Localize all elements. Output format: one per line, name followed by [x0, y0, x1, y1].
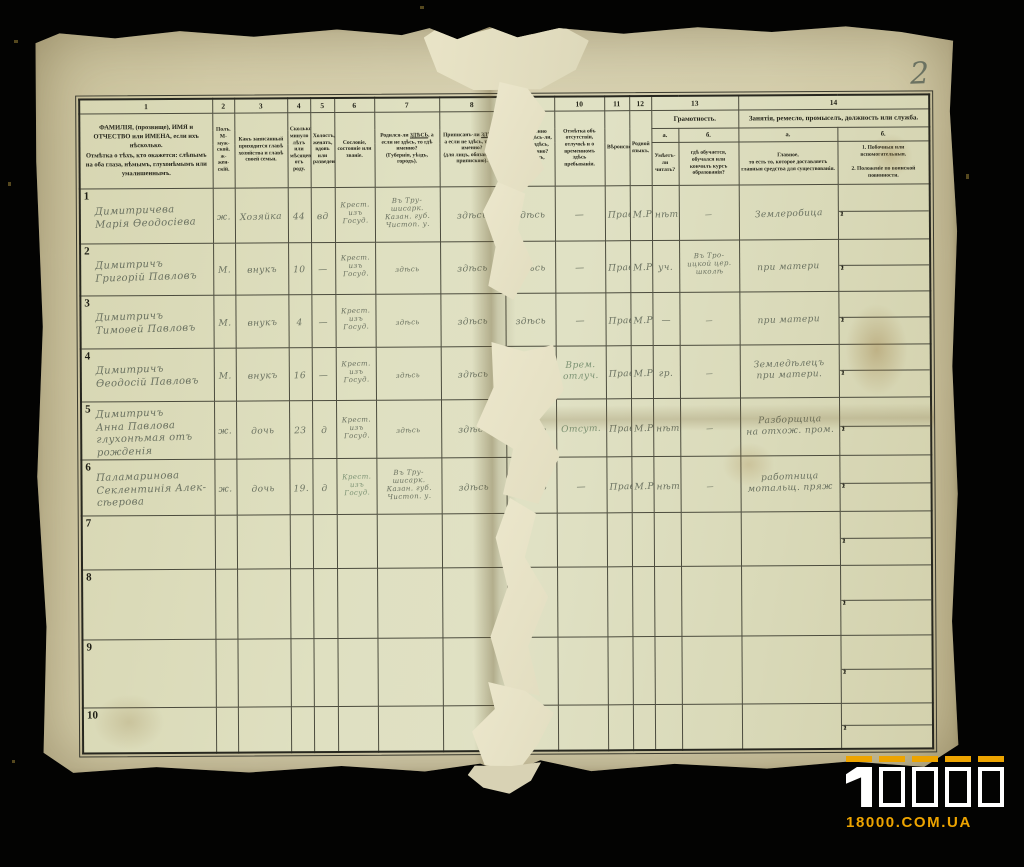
cell-relation: дочь	[236, 459, 289, 515]
header-literacy-a: Умѣетъ-ли читать?	[651, 142, 678, 185]
cell-language: М.Р.	[630, 292, 652, 345]
cell-name: 8	[82, 569, 215, 640]
cell-lives	[507, 567, 557, 637]
header-occupation-a-label: а.	[738, 127, 837, 142]
cell-absence: —	[555, 185, 605, 240]
cell-side-occupation: 12	[838, 183, 930, 239]
side-occupation-subcell: 2	[841, 668, 932, 670]
cell-registered: здѣсь	[440, 241, 505, 293]
row-number: 7	[86, 517, 92, 529]
cell-name: 7	[82, 515, 215, 570]
table-row: 2Димитричъ Григорій ПавловъМ.внукъ10—Кре…	[80, 238, 930, 295]
table-row: 3Димитричъ Тимоѳей ПавловъМ.внукъ4—Крест…	[80, 290, 930, 348]
cell-occ	[741, 511, 840, 566]
side-occupation-subcell: 2	[839, 264, 930, 266]
row-number: 5	[85, 403, 91, 415]
cell-estate: Крест. изъ Госуд.	[335, 187, 375, 242]
row-number: 10	[87, 709, 98, 721]
col-number: 11	[604, 96, 629, 110]
handwritten-entry: при матери	[758, 314, 821, 327]
handwritten-entry: здѣсь	[458, 425, 489, 437]
cell-born: здѣсь	[375, 293, 440, 346]
header-sex: Полъ. М-муж-ской. ж-жен-скій.	[212, 113, 234, 188]
header-literacy-b-label: б.	[678, 128, 738, 142]
cell-religion: Прав.	[605, 240, 630, 292]
handwritten-entry: —	[576, 316, 586, 328]
cell-lit_a: уч.	[652, 240, 679, 292]
handwritten-entry: ж.	[217, 212, 231, 224]
dust-speck	[8, 182, 11, 186]
handwritten-entry: М.Р.	[633, 263, 653, 275]
cell-marital	[314, 706, 338, 751]
watermark-digit-glyph	[978, 767, 1004, 807]
handwritten-entry: 10	[293, 265, 306, 277]
cell-religion: Прав.	[606, 398, 631, 457]
side-occupation-subcell: 2	[839, 316, 930, 318]
cell-language	[632, 567, 654, 637]
handwritten-entry: нѣтъ	[654, 209, 679, 221]
header-occupation-group: Занятія, ремесло, промыселъ, должность и…	[738, 108, 929, 127]
cell-born	[378, 706, 443, 751]
dust-speck	[12, 760, 15, 763]
cell-relation: внукъ	[236, 347, 289, 400]
cell-estate: Крест. изъ Госуд.	[336, 347, 376, 400]
cell-occ	[742, 703, 841, 749]
side-occupation-subcell: 2	[841, 599, 932, 601]
handwritten-entry: —	[318, 265, 328, 277]
cell-language	[633, 705, 655, 750]
handwritten-entry: Крест. изъ Госуд.	[338, 415, 374, 440]
handwritten-entry: М.	[218, 318, 231, 330]
handwritten-entry: —	[706, 316, 714, 324]
handwritten-entry: вд	[317, 211, 329, 223]
handwritten-entry: Прав.	[608, 263, 631, 275]
watermark-digit	[945, 756, 971, 807]
handwritten-entry: 23	[294, 426, 307, 438]
cell-estate: Крест. изъ Госуд.	[336, 400, 376, 459]
header-registration: Приписанъ-ли ЗДѢСЬ, а если не здѣсь, то …	[439, 111, 504, 186]
cell-side-occupation: 12	[839, 396, 931, 455]
cell-occ: при матери	[739, 239, 838, 292]
cell-sex: ж.	[214, 401, 236, 460]
cell-sex: ж.	[214, 459, 236, 515]
header-occupation-side: 1. Побочныя или вспомогательныя. 2. Поло…	[837, 140, 929, 184]
subcell-number: 2	[841, 265, 844, 271]
cell-absence: Врем. отлуч.	[556, 345, 606, 398]
handwritten-entry: здѣсь	[515, 369, 546, 381]
scan-background: 2 1 2 3 4 5 6 7 8 9 10	[0, 0, 1024, 867]
table-row: 6Паламаринова Секлентинія Алек- сѣероваж…	[81, 455, 931, 516]
cell-lit_b: —	[680, 398, 740, 457]
handwritten-entry: —	[707, 482, 715, 490]
cell-religion: Прав.	[606, 457, 631, 513]
header-absence: Отмѣтка объ отсутствіи, отлучкѣ и о врем…	[554, 110, 604, 185]
row-number: 8	[86, 571, 92, 583]
handwritten-entry: 44	[293, 211, 306, 223]
table-row: 712	[82, 511, 932, 570]
cell-religion: Прав.	[606, 345, 631, 398]
cell-absence	[557, 567, 607, 637]
cell-sex	[215, 639, 237, 707]
row-number: 3	[84, 297, 90, 309]
cell-language: М.Р.	[630, 240, 652, 292]
table-row: 912	[82, 635, 932, 708]
handwritten-entry: Прав.	[608, 315, 631, 327]
cell-born	[377, 568, 442, 638]
handwritten-entry: уч.	[658, 263, 673, 275]
watermark-digit	[912, 756, 938, 807]
cell-estate: Крест. изъ Госуд.	[336, 458, 376, 514]
subcell-number: 2	[840, 212, 843, 218]
cell-lives	[507, 637, 557, 705]
watermark-digit-glyph	[912, 767, 938, 807]
header-birthplace: Родился-ли ЗДѢСЬ, а если не здѣсь, то гд…	[374, 111, 439, 186]
cell-religion	[607, 513, 632, 567]
side-occupation-subcell: 2	[841, 725, 932, 727]
handwritten-entry: Крест. изъ Госуд.	[337, 254, 373, 279]
handwritten-entry: Крест. изъ Госуд.	[338, 306, 374, 331]
handwritten-entry: Прав.	[609, 424, 632, 436]
cell-side-occupation: 12	[838, 238, 930, 291]
cell-marital: —	[311, 294, 335, 347]
side-occupation-subcell: 2	[838, 210, 929, 212]
watermark-digit	[978, 756, 1004, 807]
cell-lit_b	[681, 512, 741, 566]
side-occupation-subcell: 2	[840, 482, 931, 484]
col-number: 6	[334, 98, 374, 112]
cell-registered: здѣсь	[441, 346, 506, 399]
torn-paper-fragment	[467, 762, 542, 796]
cell-born: здѣсь	[376, 399, 441, 458]
cell-lit_b	[682, 704, 742, 749]
cell-lit_b	[681, 636, 741, 704]
handwritten-entry: Въ Тру- шисарк. Казан. губ. Чистоп. у.	[386, 468, 432, 502]
handwritten-entry: здѣсь	[515, 316, 546, 328]
cell-absence: —	[555, 292, 605, 345]
cell-registered: здѣсь	[441, 399, 506, 458]
cell-lit_a: нѣтъ	[653, 398, 680, 457]
cell-relation: дочь	[236, 400, 289, 459]
subcell-number: 2	[841, 318, 844, 324]
handwritten-entry: здѣсь	[514, 210, 545, 222]
handwritten-entry: здѣсь	[515, 263, 546, 275]
handwritten-entry: Въ Тро- ицкой цер. школѣ	[687, 251, 732, 277]
handwritten-entry: здѣсь	[516, 482, 547, 494]
handwritten-entry: —	[575, 263, 585, 275]
header-literacy-group: Грамотность.	[651, 110, 738, 129]
handwritten-entry: здѣсь	[396, 426, 420, 435]
cell-registered: здѣсь	[440, 293, 505, 346]
watermark-digit-glyph	[945, 767, 971, 807]
handwritten-entry: Земледѣлецъ при матери.	[754, 358, 826, 383]
cell-age: 4	[288, 294, 311, 347]
cell-language	[632, 513, 654, 567]
cell-sex	[215, 515, 237, 569]
handwritten-entry: —	[706, 425, 714, 433]
cell-side-occupation: 12	[839, 343, 931, 397]
census-table: 1 2 3 4 5 6 7 8 9 10 11 12 13 14 ФАМИЛІЯ…	[78, 93, 934, 754]
cell-relation	[237, 515, 290, 569]
cell-religion	[607, 637, 632, 705]
cell-registered	[442, 513, 507, 567]
dust-speck	[14, 40, 18, 43]
handwritten-entry: д	[321, 426, 327, 437]
cell-side-occupation: 12	[839, 455, 931, 512]
cell-name: 6Паламаринова Секлентинія Алек- сѣерова	[81, 459, 214, 516]
handwritten-entry: —	[575, 210, 585, 222]
handwritten-entry: Хозяйка	[240, 211, 282, 224]
watermark-digit	[879, 756, 905, 807]
cell-registered	[443, 705, 508, 750]
cell-occ	[741, 565, 840, 636]
cell-occ	[741, 635, 840, 704]
watermark-digit-glyph	[879, 767, 905, 807]
cell-sex: М.	[213, 295, 235, 348]
cell-born: здѣсь	[376, 346, 441, 399]
cell-marital: —	[312, 347, 336, 400]
handwritten-entry: здѣсь	[396, 318, 420, 327]
dust-speck	[420, 6, 424, 9]
handwritten-entry: Въ Тру- шисарк. Казан. губ. Чистоп. у.	[384, 196, 430, 230]
header-religion: Вѣроисповѣданіе.	[604, 110, 629, 185]
table-row: 1Димитричева Марія Ѳеодосіеваж.Хозяйка44…	[80, 183, 930, 243]
handwritten-name: Димитричъ Ѳеодосій Павловъ	[95, 363, 198, 391]
handwritten-entry: работница мотальщ. пряж	[747, 471, 833, 496]
side-occupation-subcell: 2	[839, 369, 930, 371]
subcell-number: 2	[844, 726, 847, 732]
cell-religion: Прав.	[605, 185, 630, 240]
cell-lit_b: —	[679, 292, 739, 345]
cell-religion	[607, 567, 632, 637]
cell-side-occupation: 12	[840, 511, 932, 566]
handwritten-entry: —	[319, 317, 329, 329]
handwritten-entry: при матери	[757, 261, 820, 274]
cell-lit_a: нѣтъ	[653, 456, 680, 512]
row-number: 9	[86, 641, 92, 653]
cell-lit_b: —	[680, 456, 740, 512]
cell-lives	[508, 705, 558, 750]
cell-marital	[313, 514, 337, 568]
cell-sex: М.	[213, 243, 235, 295]
cell-relation: внукъ	[235, 294, 288, 347]
handwritten-entry: М.Р.	[634, 481, 654, 493]
cell-age: 19.	[289, 459, 312, 515]
watermark-url: 18000.COM.UA	[846, 814, 1014, 831]
cell-relation	[237, 569, 290, 639]
col-number: 5	[310, 98, 334, 112]
cell-age	[290, 515, 313, 569]
handwritten-entry: —	[661, 315, 671, 327]
handwritten-entry: 4	[297, 318, 304, 329]
cell-age: 10	[288, 242, 311, 294]
cell-name: 10	[83, 707, 216, 753]
cell-side-occupation: 12	[840, 635, 932, 704]
row-number: 1	[84, 190, 90, 202]
dust-speck	[966, 174, 969, 179]
header-occupation-main: Главное, то есть то, которое доставляетъ…	[738, 141, 837, 185]
cell-side-occupation: 12	[841, 703, 933, 749]
handwritten-entry: Землеробица	[754, 208, 822, 222]
col-number: 13	[651, 96, 738, 111]
cell-name: 2Димитричъ Григорій Павловъ	[80, 243, 213, 296]
col-number: 14	[738, 94, 929, 109]
cell-marital	[313, 568, 337, 638]
cell-name: 9	[82, 639, 215, 708]
cell-estate	[338, 706, 378, 751]
table-row: 812	[82, 565, 932, 640]
cell-age: 44	[288, 187, 311, 242]
cell-lit_a: —	[652, 292, 679, 345]
handwritten-entry: 16	[294, 370, 307, 382]
handwritten-entry: Крест. изъ Госуд.	[338, 359, 374, 384]
cell-sex	[215, 569, 237, 639]
subcell-number: 2	[843, 670, 846, 676]
col-number: 1	[79, 99, 212, 114]
cell-born: Въ Тру- шисарк. Казан. губ. Чистоп. у.	[376, 458, 441, 514]
header-age: Сколько минуло лѣтъ или мѣсяцевъ отъ род…	[287, 112, 310, 187]
cell-side-occupation: 12	[838, 290, 930, 344]
handwritten-name: Димитричъ Анна Павлова глухонѣмая отъ ро…	[95, 406, 193, 459]
handwritten-entry: М.Р.	[633, 315, 653, 327]
cell-lit_b: —	[679, 185, 739, 240]
cell-age	[291, 707, 314, 752]
cell-name: 5Димитричъ Анна Павлова глухонѣмая отъ р…	[81, 401, 214, 460]
handwritten-entry: ж.	[218, 427, 232, 439]
cell-born: Въ Тру- шисарк. Казан. губ. Чистоп. у.	[375, 186, 440, 241]
table-row: 1012	[83, 703, 933, 753]
cell-lit_a	[654, 566, 681, 636]
cell-sex: ж.	[213, 188, 235, 243]
handwritten-entry: д	[321, 483, 327, 494]
cell-language	[632, 637, 654, 705]
handwritten-entry: М.	[218, 371, 231, 383]
cell-lit_a: нѣтъ	[652, 185, 679, 240]
watermark-digit-glyph	[846, 767, 872, 807]
cell-marital: д	[312, 458, 336, 514]
header-residence: Обыкновенно живетъ: здѣсь-ли, а если не …	[504, 111, 554, 186]
cell-religion	[608, 705, 633, 750]
handwritten-entry: гр.	[659, 368, 674, 380]
subcell-number: 2	[841, 371, 844, 377]
cell-lives: здѣсь	[506, 399, 556, 458]
cell-language: М.Р.	[631, 398, 653, 457]
cell-name: 1Димитричева Марія Ѳеодосіева	[80, 188, 213, 244]
page-number: 2	[909, 55, 930, 93]
handwritten-entry: —	[577, 482, 587, 494]
cell-born	[377, 638, 442, 706]
cell-absence	[557, 513, 607, 567]
watermark-dash	[912, 756, 938, 762]
watermark-dash	[945, 756, 971, 762]
handwritten-name: Паламаринова Секлентинія Алек- сѣерова	[96, 469, 207, 510]
col-number: 3	[234, 98, 287, 112]
cell-lit_b: Въ Тро- ицкой цер. школѣ	[679, 240, 739, 292]
row-number: 4	[85, 350, 91, 362]
handwritten-entry: здѣсь	[458, 316, 489, 328]
cell-lit_b	[681, 566, 741, 636]
cell-lit_b: —	[680, 345, 740, 398]
handwritten-entry: Разборщица на отхож. пром.	[745, 413, 834, 438]
cell-relation: внукъ	[235, 242, 288, 294]
cell-registered: здѣсь	[441, 457, 506, 513]
table-row: 5Димитричъ Анна Павлова глухонѣмая отъ р…	[81, 396, 931, 460]
watermark-logo: 18000.COM.UA	[846, 756, 1014, 831]
handwritten-entry: —	[706, 369, 714, 377]
cell-occ: Разборщица на отхож. пром.	[740, 397, 839, 456]
cell-name: 3Димитричъ Тимоѳей Павловъ	[80, 295, 213, 349]
handwritten-entry: нѣтъ	[656, 481, 681, 493]
side-occupation-subcell: 2	[840, 537, 931, 539]
cell-relation: Хозяйка	[235, 187, 288, 242]
cell-born	[377, 514, 442, 568]
cell-lit_a	[654, 636, 681, 704]
cell-absence: Отсут.	[556, 398, 606, 457]
cell-occ: Земледѣлецъ при матери.	[740, 344, 839, 398]
cell-marital	[313, 638, 337, 706]
cell-sex	[216, 707, 238, 752]
cell-side-occupation: 12	[840, 565, 932, 636]
cell-absence: —	[556, 457, 606, 513]
handwritten-entry: внукъ	[247, 317, 277, 329]
handwritten-entry: М.	[218, 265, 231, 277]
cell-registered	[442, 567, 507, 637]
handwritten-entry: Отсут.	[561, 424, 601, 437]
cell-occ: Землеробица	[739, 184, 838, 240]
handwritten-name: Димитричъ Григорій Павловъ	[95, 257, 197, 285]
handwritten-entry: Прав.	[607, 209, 630, 221]
cell-born: здѣсь	[375, 241, 440, 293]
cell-age	[290, 639, 313, 707]
row-number: 2	[84, 245, 90, 257]
handwritten-name: Димитричъ Тимоѳей Павловъ	[95, 310, 196, 338]
handwritten-entry: М.Р.	[634, 424, 654, 436]
cell-lives: здѣсь	[506, 457, 556, 513]
col-number: 7	[374, 97, 439, 111]
handwritten-entry: внукъ	[247, 265, 277, 277]
cell-estate	[337, 638, 377, 706]
handwritten-entry: Крест. изъ Госуд.	[339, 472, 375, 497]
header-marital: Холостъ, женатъ, вдовъ или разведенъ.	[310, 112, 334, 187]
col-number: 9	[504, 97, 554, 111]
handwritten-entry: здѣсь	[457, 210, 488, 222]
cell-sex: М.	[214, 348, 236, 401]
subcell-number: 2	[842, 427, 845, 433]
handwritten-entry: Прав.	[608, 368, 631, 380]
header-relation: Какъ записанный приходится главѣ хозяйст…	[234, 112, 287, 187]
side-occupation-subcell: 2	[840, 425, 931, 427]
cell-marital: —	[311, 242, 335, 294]
cell-lives: здѣсь	[506, 346, 556, 399]
table-body: 1Димитричева Марія Ѳеодосіеваж.Хозяйка44…	[80, 183, 933, 753]
cell-occ: работница мотальщ. пряж	[740, 455, 839, 512]
watermark-dash	[846, 756, 872, 762]
cell-lives: здѣсь	[505, 293, 555, 346]
cell-age: 16	[289, 347, 312, 400]
cell-language: М.Р.	[631, 457, 653, 513]
cell-lives: здѣсь	[505, 241, 555, 293]
cell-lit_a: гр.	[653, 345, 680, 398]
handwritten-entry: здѣсь	[457, 264, 488, 276]
cell-religion: Прав.	[605, 292, 630, 345]
cell-marital: д	[312, 400, 336, 459]
cell-age	[290, 569, 313, 639]
cell-absence	[557, 637, 607, 705]
cell-absence	[558, 705, 608, 750]
header-estate: Сословіе, состояніе или званіе.	[334, 112, 374, 187]
cell-estate	[337, 514, 377, 568]
cell-relation	[238, 707, 291, 752]
col-number: 10	[554, 96, 604, 110]
